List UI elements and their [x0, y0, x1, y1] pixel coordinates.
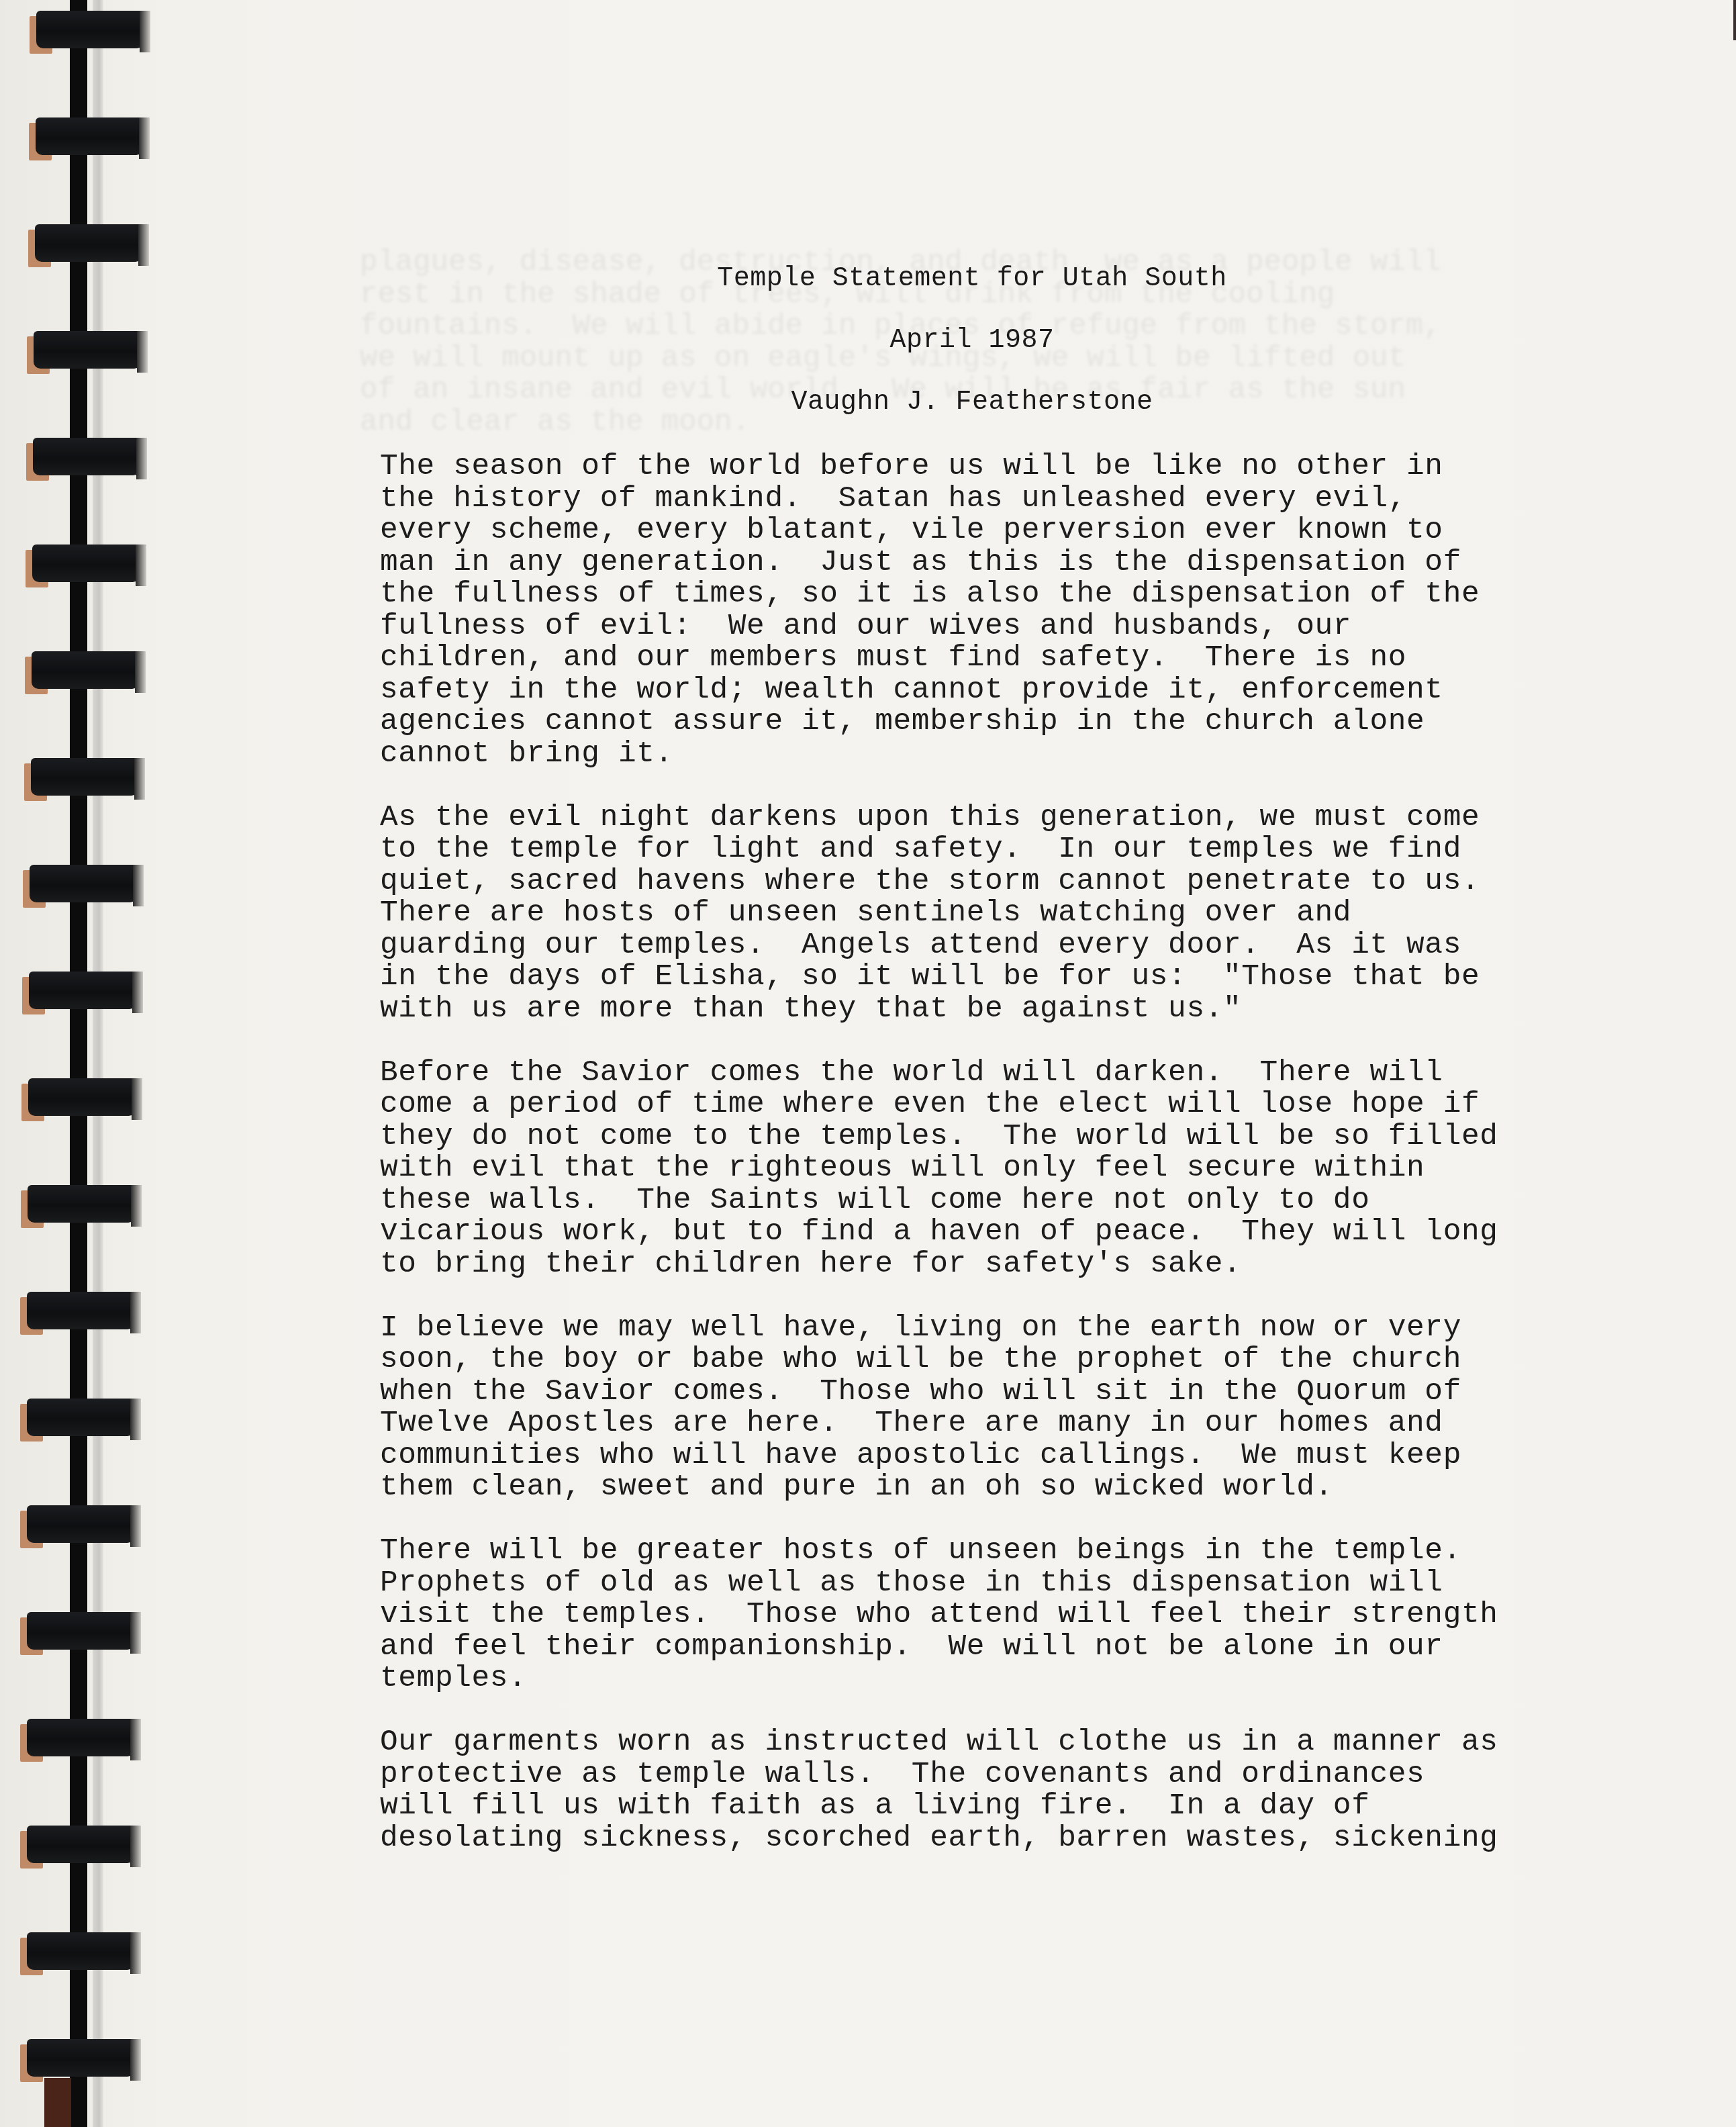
text-line: vicarious work, but to find a haven of p…: [380, 1217, 1588, 1249]
binding-comb: [29, 117, 150, 162]
text-line: As the evil night darkens upon this gene…: [380, 802, 1588, 835]
text-line: will fill us with faith as a living fire…: [380, 1791, 1588, 1823]
text-line: and feel their companionship. We will no…: [380, 1632, 1588, 1664]
text-line: protective as temple walls. The covenant…: [380, 1759, 1588, 1791]
text-line: Twelve Apostles are here. There are many…: [380, 1408, 1588, 1440]
binding-comb: [20, 1399, 141, 1443]
document-date: April 1987: [381, 325, 1563, 357]
text-line: come a period of time where even the ele…: [380, 1089, 1588, 1121]
binding-comb: [20, 1826, 141, 1870]
binding-comb: [20, 1719, 141, 1763]
binding-comb: [28, 224, 149, 269]
paragraph: As the evil night darkens upon this gene…: [380, 802, 1588, 1026]
text-line: communities who will have apostolic call…: [380, 1440, 1588, 1472]
binding-spine: [70, 0, 87, 2127]
binding-comb: [22, 972, 143, 1016]
text-line: them clean, sweet and pure in an oh so w…: [380, 1472, 1588, 1504]
binding-comb: [30, 11, 150, 55]
text-line: to bring their children here for safety'…: [380, 1249, 1588, 1281]
text-line: guarding our temples. Angels attend ever…: [380, 930, 1588, 962]
binding-comb: [20, 1292, 141, 1336]
text-line: quiet, sacred havens where the storm can…: [380, 866, 1588, 898]
text-line: There will be greater hosts of unseen be…: [380, 1535, 1588, 1568]
text-line: man in any generation. Just as this is t…: [380, 547, 1588, 579]
text-line: There are hosts of unseen sentinels watc…: [380, 898, 1588, 930]
binding-comb: [25, 651, 146, 696]
text-line: visit the temples. Those who attend will…: [380, 1599, 1588, 1632]
text-line: with us are more than they that be again…: [380, 994, 1588, 1026]
binding-comb: [26, 545, 146, 589]
text-line: fullness of evil: We and our wives and h…: [380, 611, 1588, 643]
paragraph: There will be greater hosts of unseen be…: [380, 1535, 1588, 1695]
document-author: Vaughn J. Featherstone: [381, 387, 1563, 419]
text-line: in the days of Elisha, so it will be for…: [380, 961, 1588, 994]
paragraph: Before the Savior comes the world will d…: [380, 1057, 1588, 1281]
text-line: when the Savior comes. Those who will si…: [380, 1376, 1588, 1409]
text-line: The season of the world before us will b…: [380, 451, 1588, 483]
document-body: The season of the world before us will b…: [380, 451, 1588, 1887]
text-line: the history of mankind. Satan has unleas…: [380, 483, 1588, 516]
binding-comb: [23, 865, 144, 909]
text-line: safety in the world; wealth cannot provi…: [380, 675, 1588, 707]
paragraph: Our garments worn as instructed will clo…: [380, 1727, 1588, 1854]
binding-comb: [21, 1078, 142, 1123]
binding-shadow: [93, 0, 103, 2127]
paragraph: I believe we may well have, living on th…: [380, 1313, 1588, 1504]
paragraph: The season of the world before us will b…: [380, 451, 1588, 770]
binding-comb: [27, 331, 148, 375]
text-line: they do not come to the temples. The wor…: [380, 1121, 1588, 1153]
text-line: Before the Savior comes the world will d…: [380, 1057, 1588, 1090]
text-line: with evil that the righteous will only f…: [380, 1153, 1588, 1185]
cover-tab: [44, 2078, 71, 2127]
text-line: cannot bring it.: [380, 739, 1588, 771]
adjacent-page-edge: [1733, 0, 1736, 40]
binding-comb: [21, 1185, 142, 1229]
text-line: desolating sickness, scorched earth, bar…: [380, 1823, 1588, 1855]
text-line: children, and our members must find safe…: [380, 643, 1588, 675]
text-line: every scheme, every blatant, vile perver…: [380, 515, 1588, 547]
binding-comb: [20, 2039, 141, 2083]
binding-comb: [24, 758, 145, 802]
text-line: agencies cannot assure it, membership in…: [380, 706, 1588, 739]
text-line: temples.: [380, 1663, 1588, 1695]
text-line: Prophets of old as well as those in this…: [380, 1568, 1588, 1600]
binding-comb: [20, 1612, 141, 1656]
binding-comb: [26, 438, 147, 482]
binding-comb: [20, 1505, 141, 1550]
document-title: Temple Statement for Utah South: [381, 263, 1563, 295]
binding-comb: [20, 1932, 141, 1977]
text-line: soon, the boy or babe who will be the pr…: [380, 1344, 1588, 1376]
text-line: to the temple for light and safety. In o…: [380, 834, 1588, 866]
text-line: I believe we may well have, living on th…: [380, 1313, 1588, 1345]
text-line: the fullness of times, so it is also the…: [380, 579, 1588, 611]
text-line: these walls. The Saints will come here n…: [380, 1185, 1588, 1217]
text-line: Our garments worn as instructed will clo…: [380, 1727, 1588, 1759]
